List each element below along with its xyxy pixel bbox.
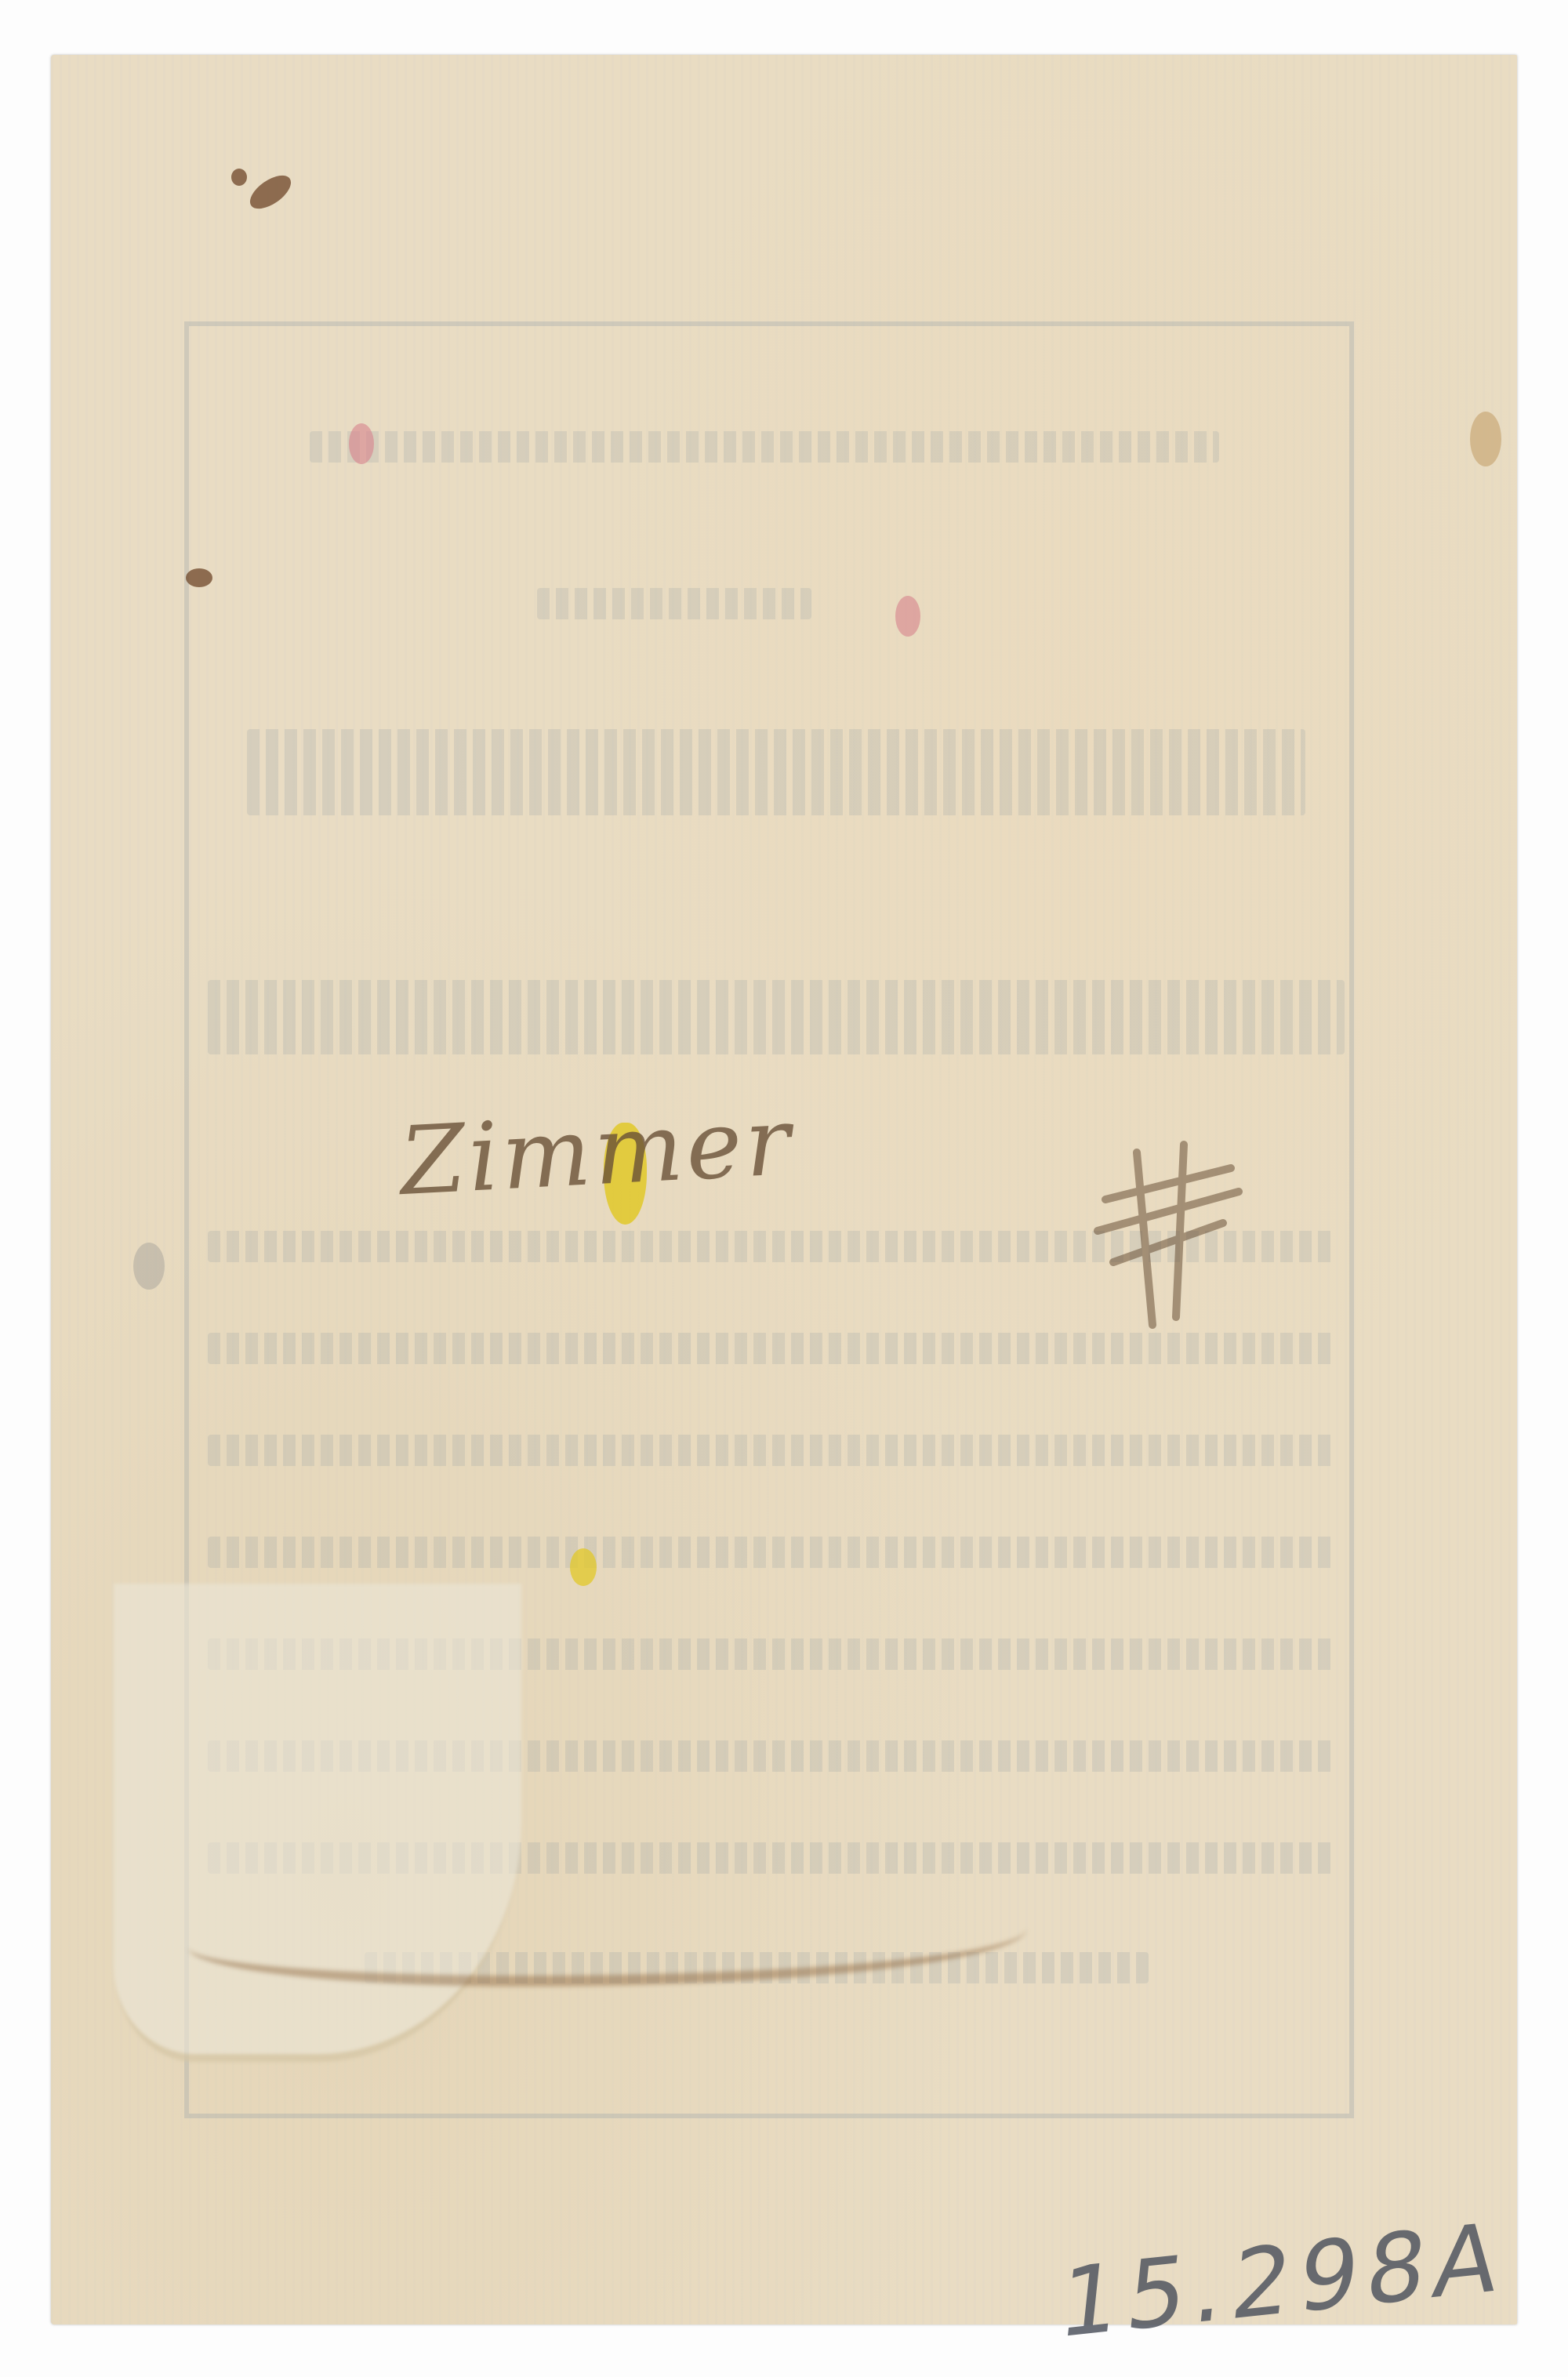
show-through-line	[247, 729, 1305, 815]
pink-fleck	[349, 423, 374, 464]
rust-spot	[1470, 412, 1501, 466]
ink-scribble-mark	[1090, 1137, 1247, 1333]
water-tide-mark	[114, 1584, 521, 2062]
handwritten-ink-inscription: Zimmer	[397, 1087, 796, 1217]
yellow-paint-blot	[570, 1548, 597, 1586]
rust-spot	[231, 169, 247, 186]
rust-spot	[133, 1243, 165, 1290]
pink-fleck	[895, 596, 920, 637]
show-through-line	[208, 980, 1345, 1054]
show-through-line	[208, 1333, 1337, 1364]
show-through-line	[310, 431, 1219, 463]
paper-sheet: Zimmer 15.298A	[51, 55, 1517, 2324]
rust-spot	[186, 568, 212, 587]
pencil-catalogue-number: 15.298A	[1054, 2202, 1512, 2360]
show-through-line	[537, 588, 811, 619]
rust-spot	[245, 169, 296, 216]
show-through-line	[208, 1435, 1337, 1466]
show-through-line	[208, 1537, 1337, 1568]
